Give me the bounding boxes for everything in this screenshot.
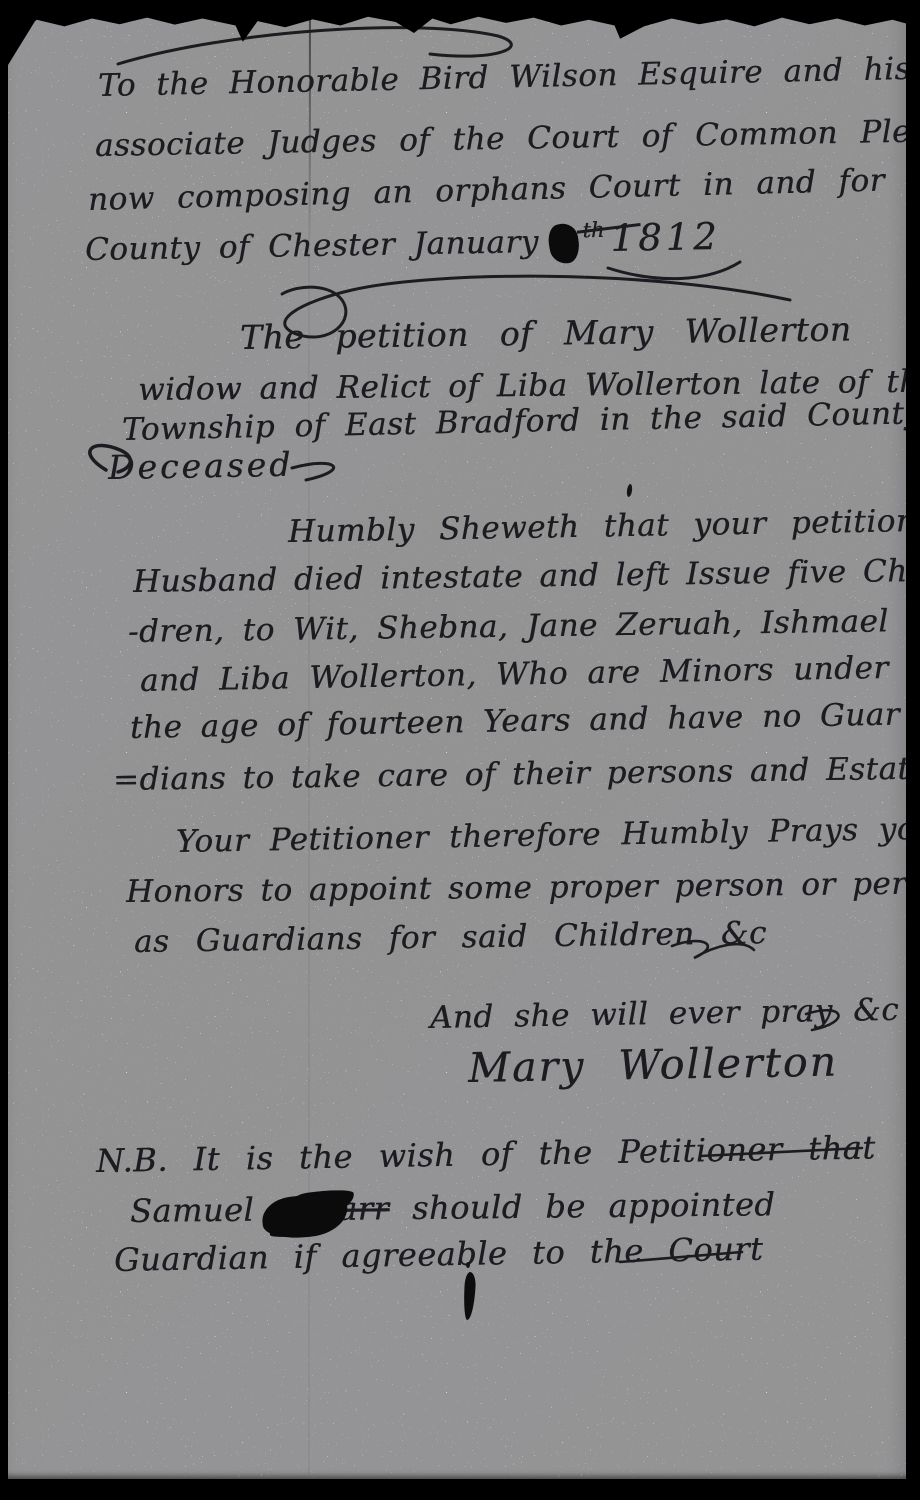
nb-post: should be appointed (412, 1185, 776, 1227)
date-year: 1812 (610, 215, 721, 260)
ink-blot-date (545, 221, 582, 266)
nota-bene-line-2: Samuelarr should be appointed (130, 1185, 776, 1230)
date-day-suffix: th (582, 218, 604, 242)
petition-line-4: Deceased (108, 445, 294, 487)
scan-border-left (0, 0, 8, 1500)
date-line-text: County of Chester January (85, 224, 539, 268)
scanned-document: To the Honorable Bird Wilson Esquire and… (0, 0, 920, 1500)
scan-border-bottom (0, 1479, 920, 1500)
scan-border-right (906, 0, 920, 1500)
nb-pre: Samuel (130, 1191, 255, 1230)
signature: Mary Wollerton (468, 1038, 839, 1092)
